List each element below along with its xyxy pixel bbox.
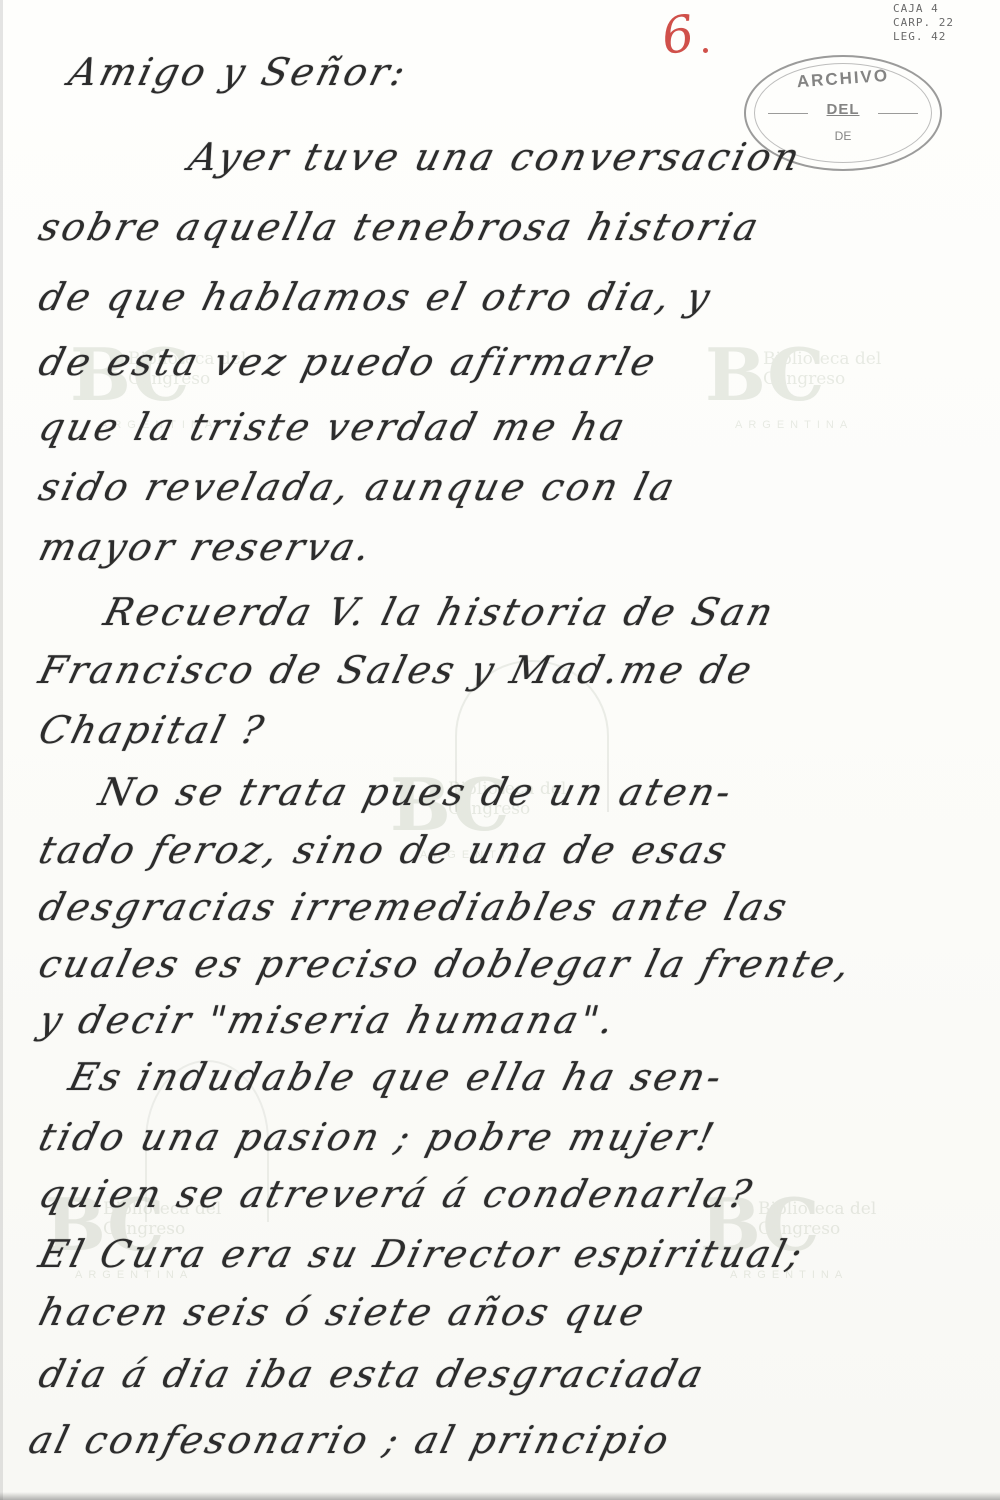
letter-line: de esta vez puedo afirmarle — [35, 340, 663, 384]
archival-bundle: LEG. 42 — [893, 30, 998, 44]
archival-box: CAJA 4 — [893, 2, 998, 16]
letter-line: que la triste verdad me ha — [35, 405, 632, 449]
letter-line: hacen seis ó siete años que — [35, 1290, 652, 1334]
letter-line: Es indudable que ella ha sen- — [65, 1055, 729, 1099]
letter-line: tado feroz, sino de una de esas — [35, 828, 735, 872]
page-left-edge — [0, 0, 3, 1500]
folio-dot — [703, 48, 708, 53]
letter-line: Chapital ? — [35, 708, 271, 752]
letter-line: y decir "miseria humana". — [35, 998, 622, 1042]
letter-line: desgracias irremediables ante las — [35, 885, 795, 929]
stamp-rule-right — [878, 113, 918, 114]
archival-reference-note: CAJA 4 CARP. 22 LEG. 42 — [893, 2, 998, 44]
letter-line: quien se atreverá á condenarla? — [35, 1172, 759, 1216]
letter-line: dia á dia iba esta desgraciada — [35, 1352, 711, 1396]
letter-line: de que hablamos el otro dia, y — [35, 275, 718, 319]
letter-line: cuales es preciso doblegar la frente, — [35, 942, 858, 986]
archival-folder: CARP. 22 — [893, 16, 998, 30]
stamp-middle: DEL — [746, 101, 940, 118]
letter-line: No se trata pues de un aten- — [95, 770, 739, 814]
letter-line: Ayer tuve una conversacion — [185, 135, 807, 179]
letter-line: mayor reserva. — [35, 525, 378, 569]
letter-line: El Cura era su Director espiritual; — [35, 1232, 810, 1276]
letter-line: al confesonario ; al principio — [25, 1418, 677, 1462]
letter-line: sobre aquella tenebrosa historia — [35, 205, 766, 249]
page-bottom-edge — [0, 1492, 1000, 1500]
letter-salutation: Amigo y Señor: — [65, 50, 413, 94]
letter-line: Recuerda V. la historia de San — [100, 590, 781, 634]
letter-line: sido revelada, aunque con la — [35, 465, 682, 509]
letter-line: Francisco de Sales y Mad.me de — [35, 648, 760, 692]
letter-line: tido una pasion ; pobre mujer! — [35, 1115, 722, 1159]
